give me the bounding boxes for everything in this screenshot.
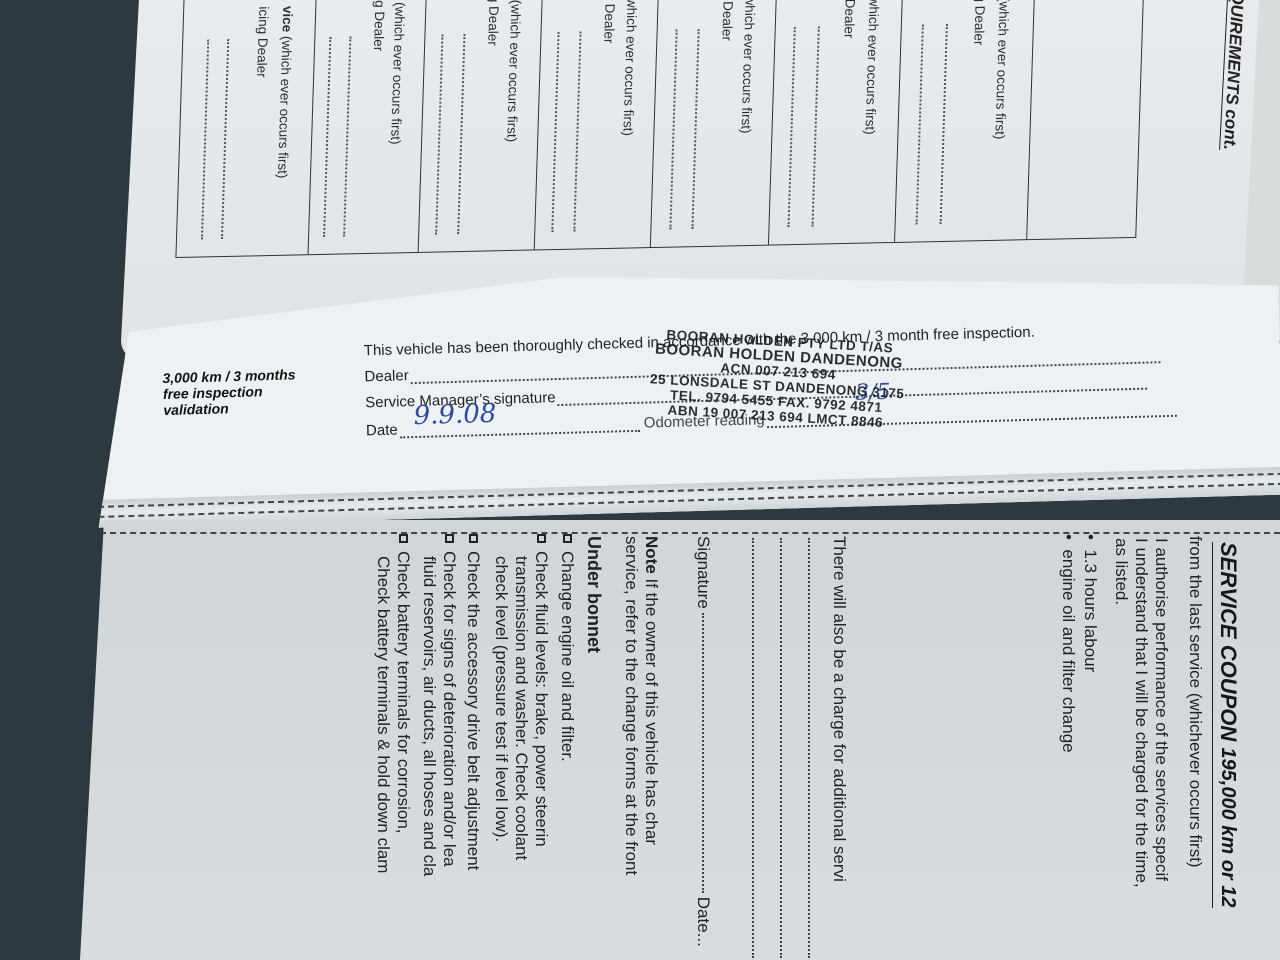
dealer-line: cing Dealer <box>485 0 502 46</box>
additional-charge-text: There will also be a charge for addition… <box>830 536 849 882</box>
signature-label: Signature <box>694 536 713 609</box>
dotted-line <box>940 24 948 224</box>
table-column: vice (which ever occurs first) vicing De… <box>895 0 1036 242</box>
coupon-title-text: SERVICE COUPON <box>1216 542 1241 741</box>
dealer-line: icing Dealer <box>254 6 271 78</box>
write-in-line[interactable] <box>752 538 754 958</box>
dotted-line <box>551 32 559 232</box>
coupon-subtitle: from the last service (whichever occurs … <box>1186 536 1205 868</box>
torn-perforated-edge <box>98 467 1280 528</box>
dotted-line <box>691 29 699 229</box>
table-column: ice (which ever occurs first) cing Deale… <box>769 0 904 245</box>
dotted-line <box>812 27 820 227</box>
dotted-line <box>573 32 581 232</box>
date-dotted-line <box>400 430 640 439</box>
dotted-line <box>916 25 924 225</box>
service-requirements-table: vice (which ever occurs first) icing Dea… <box>175 0 1145 258</box>
charge-item: • engine oil and filter change <box>1058 534 1078 753</box>
note-line: Note If the owner of this vehicle has ch… <box>642 536 661 845</box>
table-column: vice (which ever occurs first) icing Dea… <box>176 0 317 257</box>
checklist-text: Change engine oil and filter. <box>558 551 577 762</box>
service-line: ice (which ever occurs first) <box>388 0 408 145</box>
checklist-text: transmission and washer. Check coolant <box>512 556 531 860</box>
service-coupon-page: SERVICE COUPON 195,000 km or 12 from the… <box>80 520 1280 960</box>
checklist-item[interactable]: Check fluid levels: brake, power steerin <box>532 534 551 847</box>
checklist-item[interactable]: Check for signs of deterioration and/or … <box>440 534 459 867</box>
service-line: ice (which ever occurs first) <box>504 0 524 142</box>
table-column: ice (which ever occurs first) cing Deale… <box>419 0 544 252</box>
date-label: Date <box>366 422 398 440</box>
checklist-text: Check fluid levels: brake, power steerin <box>532 551 551 847</box>
dealer-label: Dealer <box>364 367 409 385</box>
checkbox[interactable] <box>563 534 572 543</box>
table-column: ice (which ever occurs first) icing Deal… <box>309 0 428 254</box>
coupon-title: SERVICE COUPON 195,000 km or 12 <box>1212 542 1241 908</box>
checklist-text: fluid reservoirs, air ducts, all hoses a… <box>420 556 439 876</box>
perforation-line <box>100 532 1280 534</box>
table-column: ce (which ever occurs first) cing Dealer <box>535 0 660 249</box>
service-line: ce (which ever occurs first) <box>620 0 640 136</box>
write-in-line[interactable] <box>780 538 782 958</box>
note-line: service, refer to the change forms at th… <box>622 536 641 875</box>
dotted-line <box>323 37 331 237</box>
checklist-text: Check battery terminals for corrosion, <box>394 551 413 834</box>
dealer-stamp: BOORAN HOLDEN PTY LTD T/AS BOORAN HOLDEN… <box>648 326 907 431</box>
checklist-item[interactable]: Check the accessory drive belt adjustmen… <box>464 534 483 870</box>
dealer-line: vicing Dealer <box>971 0 988 46</box>
perforation-line <box>98 473 1280 508</box>
checklist-text: check level (pressure test if level low)… <box>492 556 511 842</box>
dotted-line <box>669 30 677 230</box>
dotted-line <box>457 34 465 234</box>
service-line: vice (which ever occurs first) <box>992 0 1012 140</box>
checklist-text: Check for signs of deterioration and/or … <box>440 551 459 867</box>
authorise-line: as listed. <box>1112 538 1131 605</box>
under-bonnet-heading: Under bonnet <box>584 536 603 653</box>
checklist-item[interactable]: Check battery terminals for corrosion, <box>394 534 413 834</box>
requirements-heading: EQUIREMENTS cont. <box>1219 0 1248 150</box>
dealer-line: icing Dealer <box>371 0 388 51</box>
authorise-line: I understand that I will be charged for … <box>1132 538 1151 888</box>
inspection-label: 3,000 km / 3 months free inspection vali… <box>162 364 363 418</box>
checklist-text: Check the accessory drive belt adjustmen… <box>464 551 483 870</box>
note-text: If the owner of this vehicle has char <box>642 574 661 845</box>
date-label: Date... <box>694 897 713 947</box>
authorise-line: I authorise performance of the services … <box>1152 538 1171 881</box>
dealer-line: cing Dealer <box>719 0 736 41</box>
checkbox[interactable] <box>469 534 478 543</box>
service-line: ice (which ever occurs first) <box>862 0 882 135</box>
coupon-title-km: 195,000 km or 12 <box>1217 747 1239 907</box>
checkbox[interactable] <box>445 534 454 543</box>
dotted-line <box>221 39 229 239</box>
service-line: vice (which ever occurs first) <box>275 6 295 179</box>
handwritten-date: 9.9.08 <box>413 399 497 431</box>
dealer-line: cing Dealer <box>601 0 618 44</box>
dotted-line <box>435 35 443 235</box>
charge-text: 1.3 hours labour <box>1081 549 1100 672</box>
service-line: ce (which ever occurs first) <box>738 0 758 134</box>
checkbox[interactable] <box>399 534 408 543</box>
dotted-line <box>201 39 209 239</box>
table-column: ce (which ever occurs first) cing Dealer <box>651 0 778 247</box>
dotted-line <box>343 37 351 237</box>
checkbox[interactable] <box>537 534 546 543</box>
checklist-text: Check battery terminals & hold down clam <box>374 556 393 873</box>
dotted-line <box>787 27 795 227</box>
charge-item: • 1.3 hours labour <box>1080 534 1100 672</box>
note-label: Note <box>642 536 661 574</box>
write-in-line[interactable] <box>808 538 810 958</box>
checklist-item[interactable]: Change engine oil and filter. <box>558 534 577 762</box>
signature-dotted-line <box>702 613 704 893</box>
charge-text: engine oil and filter change <box>1059 549 1078 752</box>
coupon-signature-field[interactable]: SignatureDate... <box>694 536 713 947</box>
dealer-line: cing Dealer <box>841 0 858 39</box>
